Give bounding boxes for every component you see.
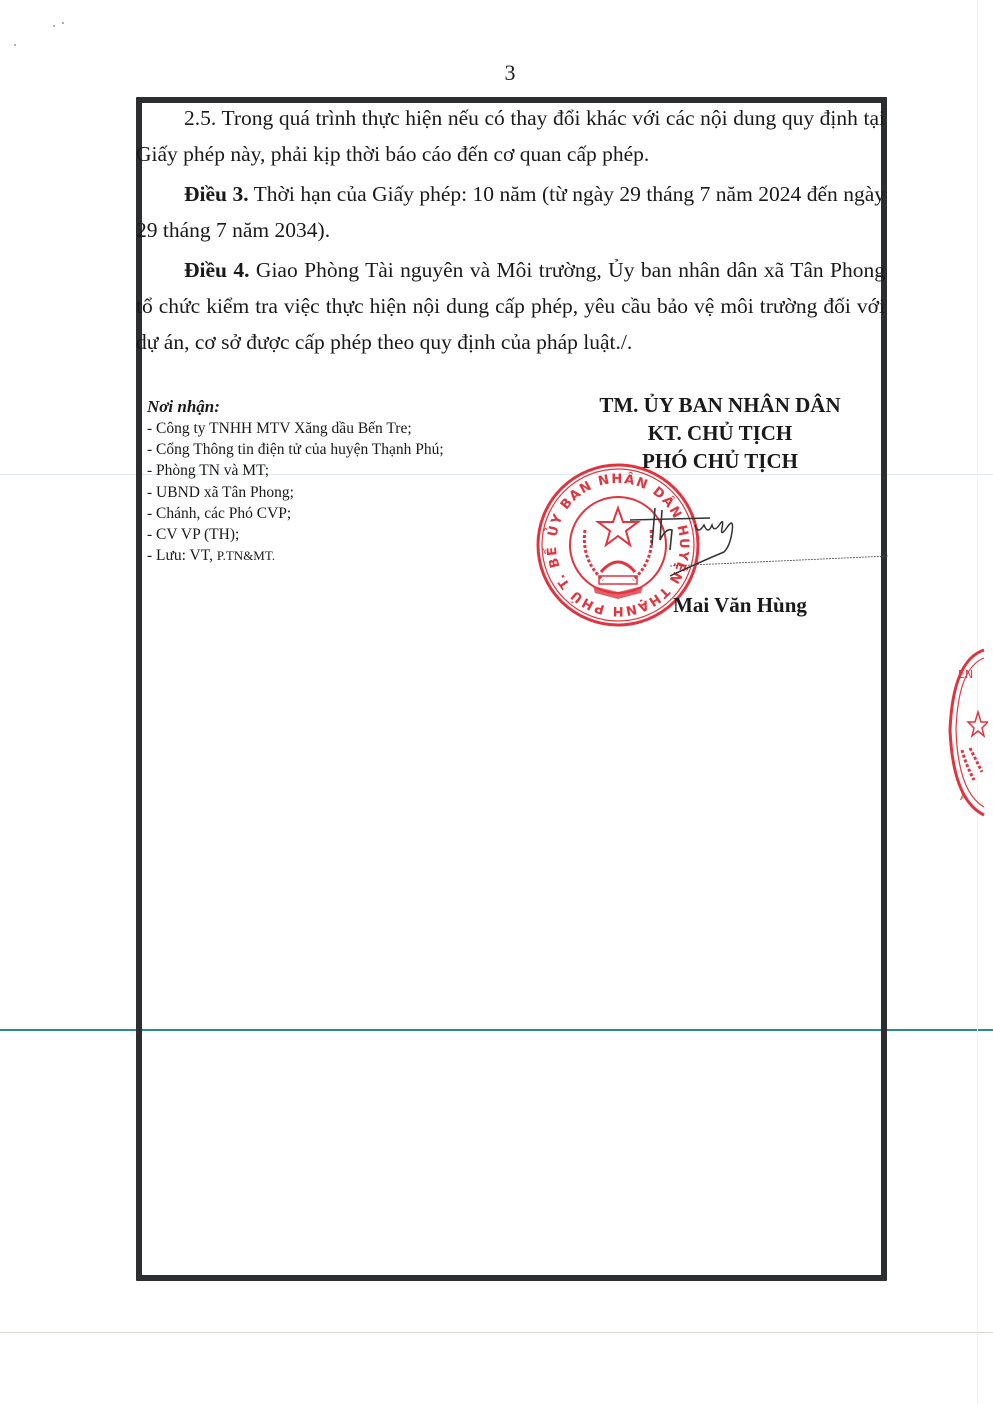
- recipient-item: - Cổng Thông tin điện tử của huyện Thạnh…: [147, 439, 527, 460]
- signature-line-1: TM. ỦY BAN NHÂN DÂN: [560, 391, 880, 419]
- signer-name: Mai Văn Hùng: [620, 593, 860, 618]
- recipient-item: - CV VP (TH);: [147, 524, 527, 545]
- page-number: 3: [0, 60, 993, 86]
- recipient-item: - Phòng TN và MT;: [147, 460, 527, 481]
- article-3-text: Thời hạn của Giấy phép: 10 năm (từ ngày …: [136, 182, 885, 242]
- recipient-item: - Lưu: VT, P.TN&MT.: [147, 545, 527, 566]
- article-3-label: Điều 3.: [184, 182, 249, 206]
- signature-line-2: KT. CHỦ TỊCH: [560, 419, 880, 447]
- recipients-block: Nơi nhận: - Công ty TNHH MTV Xăng dầu Bế…: [147, 396, 527, 566]
- scan-speck: [14, 44, 16, 46]
- scan-speck: [53, 25, 55, 27]
- edge-seal-fragment-icon: EN A: [948, 640, 988, 825]
- article-4-label: Điều 4.: [184, 258, 250, 282]
- scan-artifact-line-bottom: [0, 1332, 993, 1333]
- recipient-item: - Chánh, các Phó CVP;: [147, 503, 527, 524]
- document-body: 2.5. Trong quá trình thực hiện nếu có th…: [136, 100, 885, 360]
- handwritten-signature-icon: [600, 500, 890, 580]
- recipient-item: - Công ty TNHH MTV Xăng dầu Bến Tre;: [147, 418, 527, 439]
- scan-speck: [62, 22, 64, 24]
- svg-text:A: A: [960, 792, 967, 803]
- recipient-archive-dept: P.TN&MT.: [217, 548, 275, 563]
- paragraph-2-5: 2.5. Trong quá trình thực hiện nếu có th…: [136, 100, 885, 172]
- svg-text:EN: EN: [958, 668, 973, 681]
- recipients-heading: Nơi nhận:: [147, 396, 527, 418]
- article-3: Điều 3. Thời hạn của Giấy phép: 10 năm (…: [136, 176, 885, 248]
- recipient-item: - UBND xã Tân Phong;: [147, 482, 527, 503]
- article-4: Điều 4. Giao Phòng Tài nguyên và Môi trư…: [136, 252, 885, 360]
